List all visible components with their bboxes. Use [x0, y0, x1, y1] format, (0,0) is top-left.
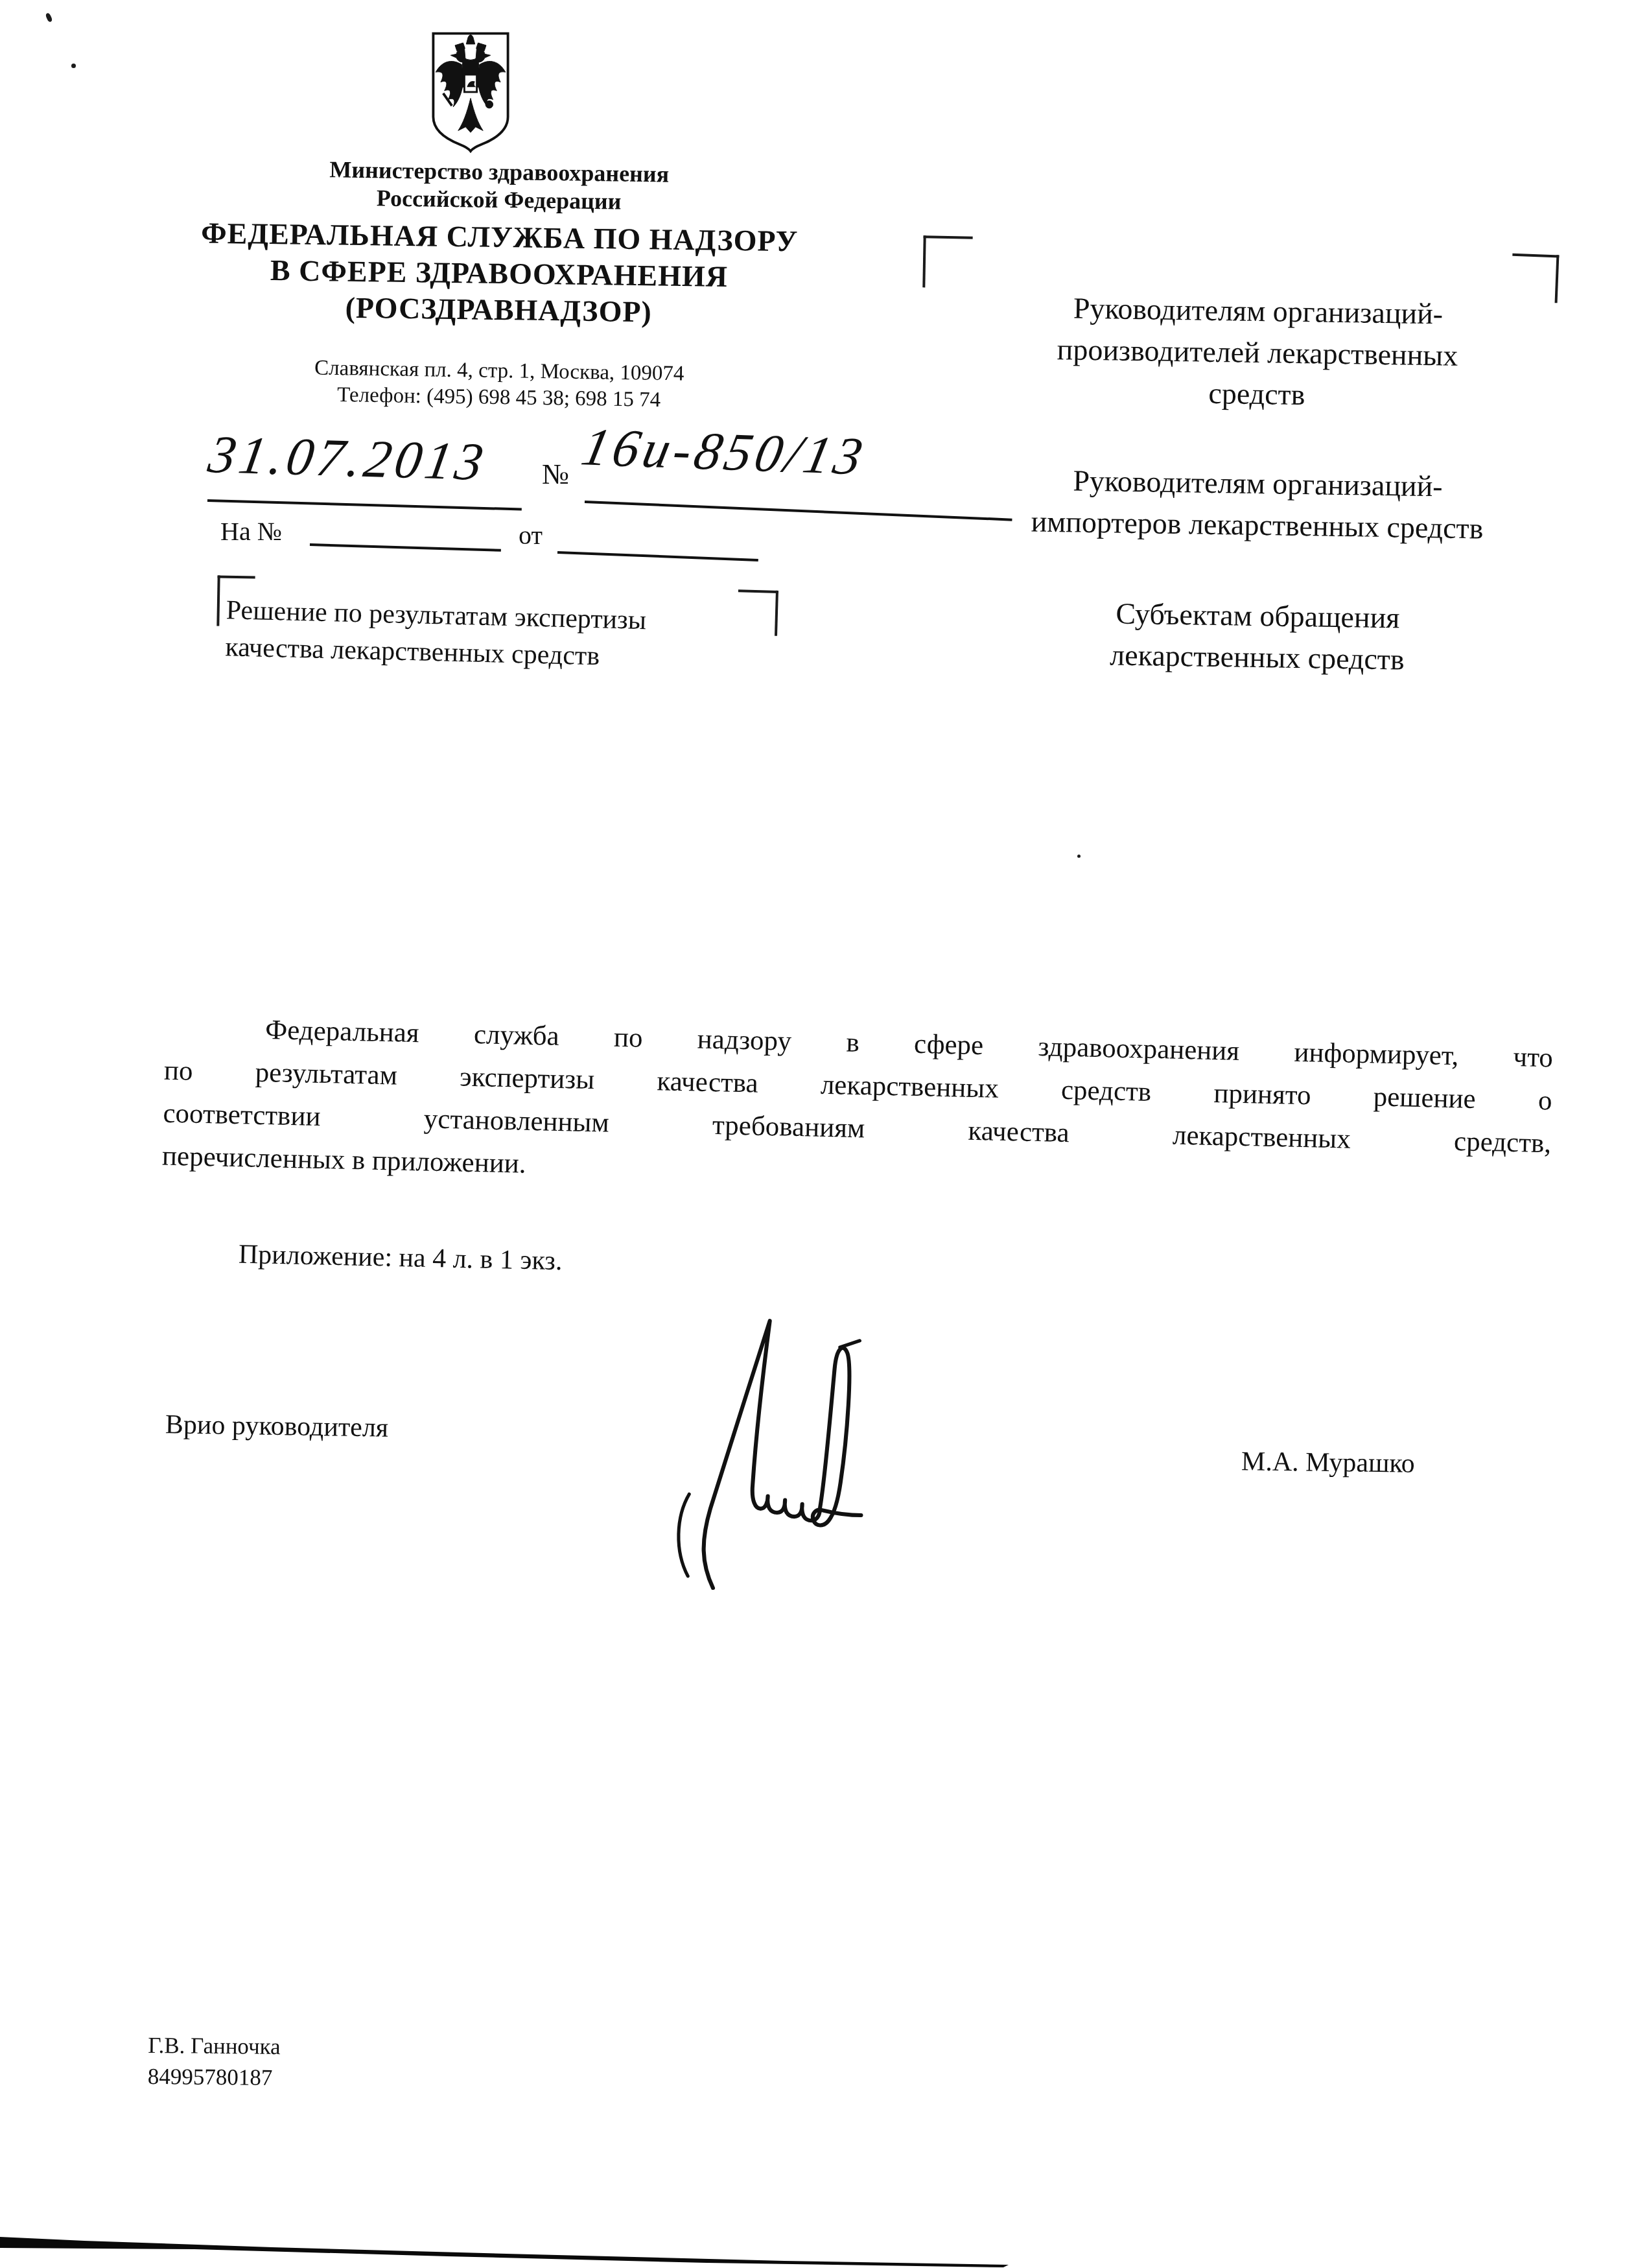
scan-speck	[1077, 855, 1081, 858]
reply-from-label: от	[519, 520, 543, 550]
subject-text: Решение по результатам экспертизы качест…	[225, 592, 797, 679]
russia-coat-of-arms-icon	[427, 29, 515, 153]
scanned-letter-page: Министерство здравоохранения Российской …	[0, 0, 1625, 2268]
addressee-block: Руководителям организаций- производителе…	[965, 286, 1550, 419]
ref-number-underline	[585, 501, 1012, 521]
reply-no-label: На №	[220, 516, 282, 547]
scan-speck	[45, 12, 53, 23]
addressee-line: импортеров лекарственных средств	[965, 500, 1549, 550]
addressee-block: Руководителям организаций- импортеров ле…	[965, 458, 1550, 550]
scan-speck	[71, 64, 76, 68]
executor-phone: 84995780187	[148, 2061, 281, 2094]
letterhead-contact: Славянская пл. 4, стр. 1, Москва, 109074…	[174, 353, 823, 416]
reply-from-underline	[557, 551, 758, 561]
scan-streak	[0, 2230, 1037, 2268]
ministry-name: Министерство здравоохранения Российской …	[174, 154, 823, 219]
addressee-line: средств	[965, 369, 1549, 419]
attachment-note: Приложение: на 4 л. в 1 экз.	[239, 1239, 563, 1277]
reply-no-underline	[310, 543, 501, 552]
ref-date-handwritten: 31.07.2013	[204, 424, 491, 493]
addressee-block: Субъектам обращения лекарственных средст…	[965, 591, 1550, 683]
service-name: ФЕДЕРАЛЬНАЯ СЛУЖБА ПО НАДЗОРУ В СФЕРЕ ЗД…	[161, 215, 837, 333]
addressee-line: лекарственных средств	[965, 632, 1549, 683]
executor-block: Г.В. Ганночка 84995780187	[148, 2030, 281, 2094]
addressee-corner-mark-icon	[922, 235, 972, 288]
signer-title: Врио руководителя	[165, 1409, 389, 1443]
ref-date-underline	[207, 499, 522, 511]
ref-number-handwritten: 16и-850/13	[577, 416, 872, 487]
handwritten-signature-icon	[648, 1305, 979, 1590]
signer-name: М.А. Мурашко	[1241, 1446, 1415, 1480]
body-paragraph: Федеральная служба по надзору в сфере зд…	[161, 1007, 1553, 1209]
ref-number-sign: №	[542, 458, 569, 491]
executor-name: Г.В. Ганночка	[148, 2030, 281, 2062]
